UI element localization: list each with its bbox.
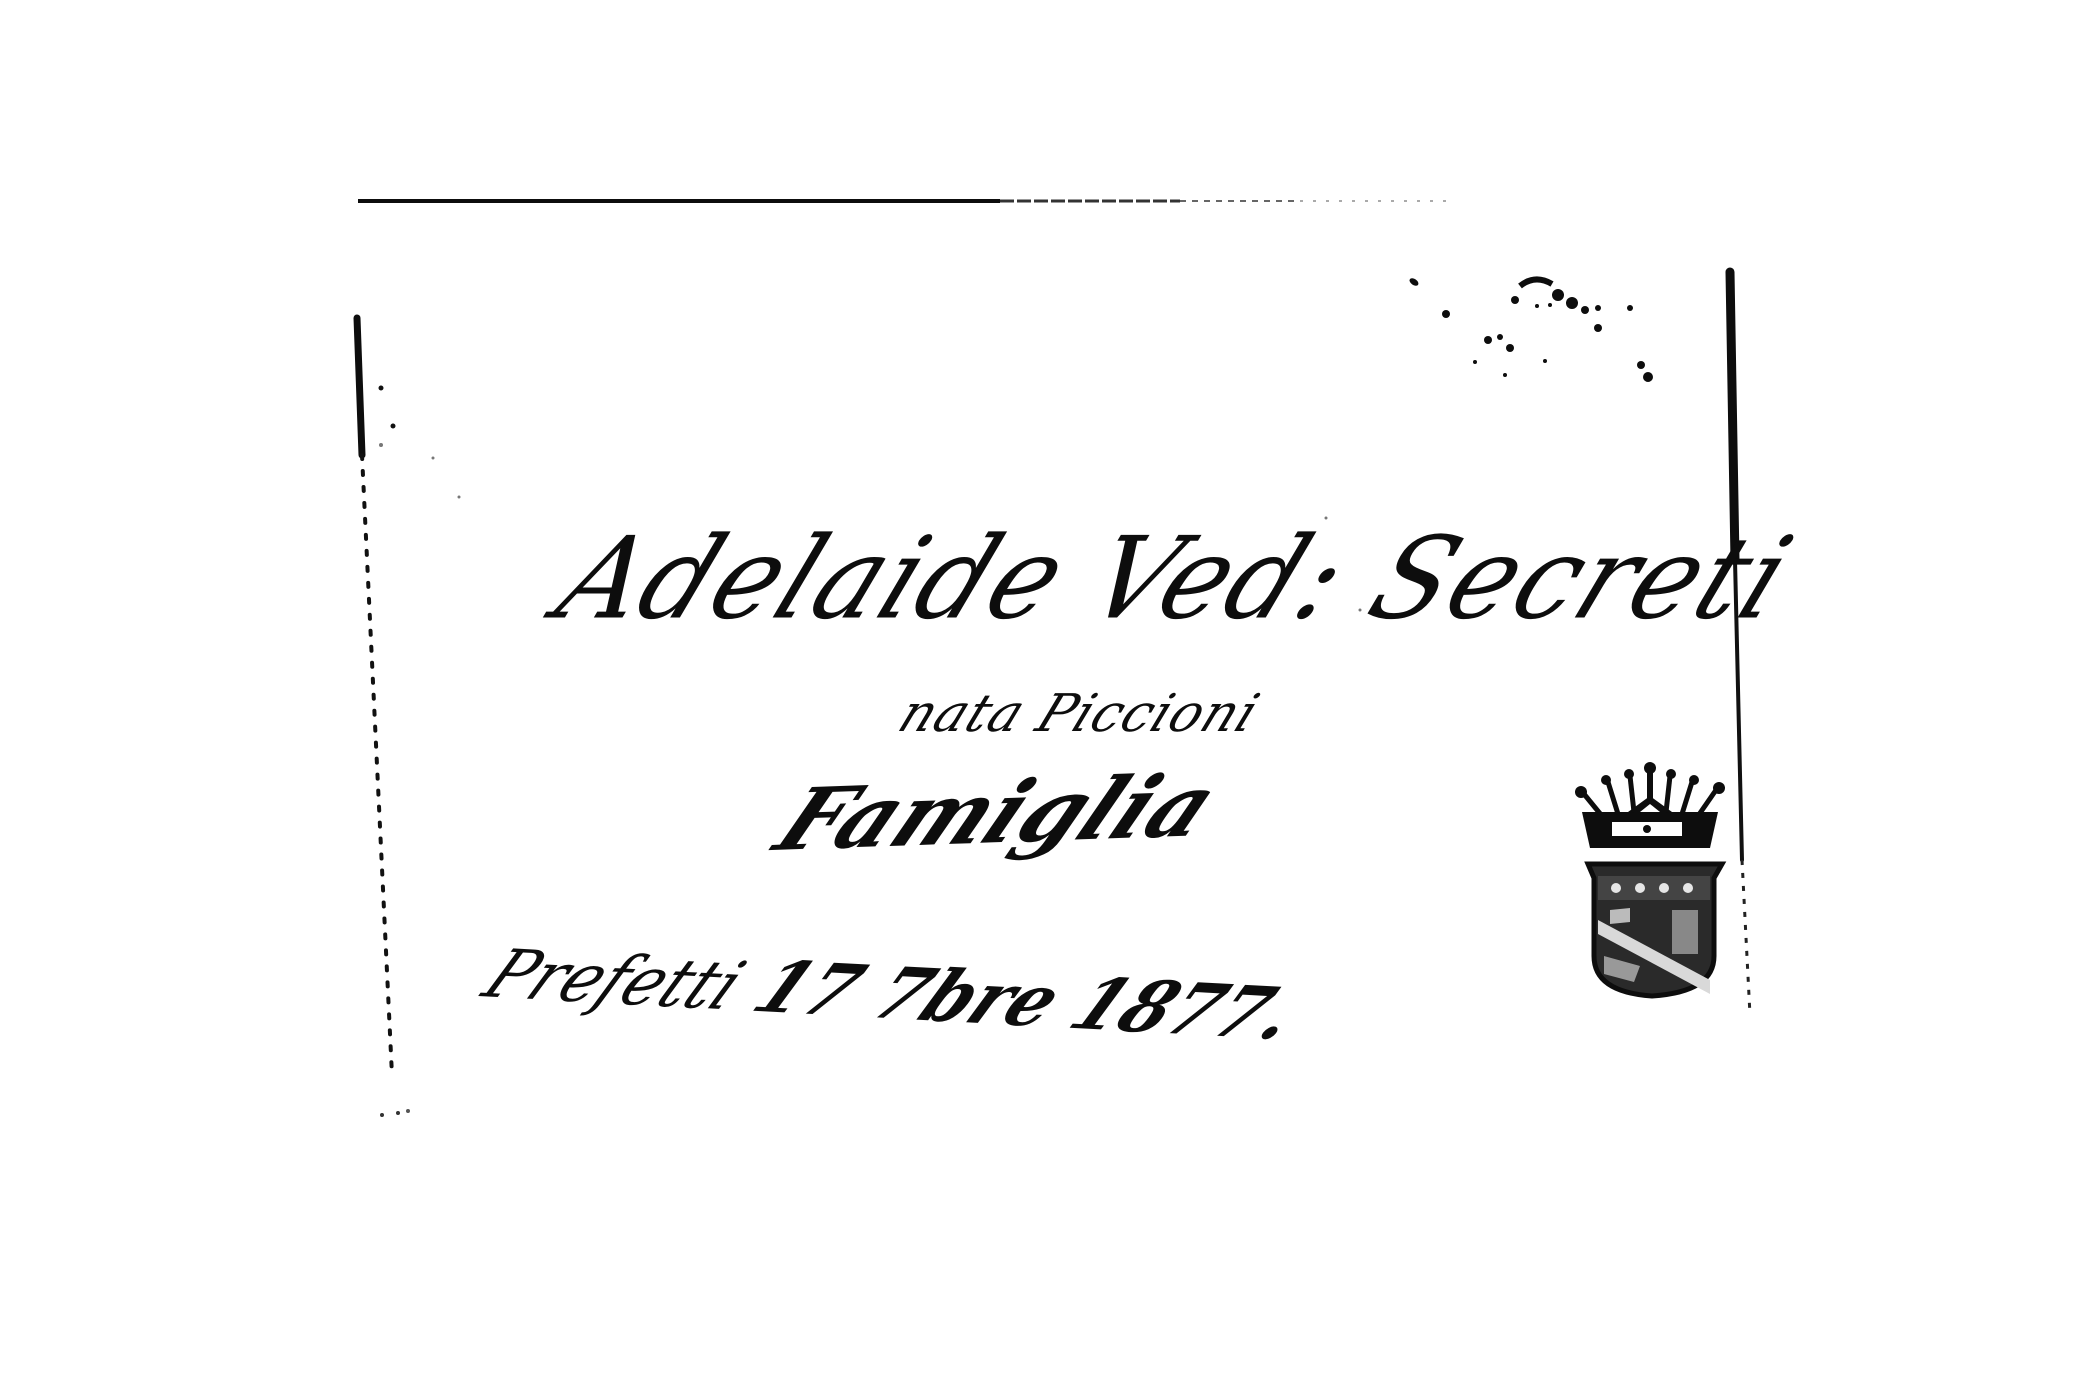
shield-icon	[1588, 864, 1722, 996]
place: Prefetti	[471, 935, 758, 1025]
crown-icon	[1575, 762, 1725, 848]
widow-title: Ved:	[1070, 514, 1369, 645]
first-name: Adelaide	[540, 514, 1087, 645]
surname: Secreti	[1352, 514, 1811, 645]
handwritten-salutation: Famiglia	[760, 756, 1235, 871]
coat-of-arms-icon	[1560, 760, 1740, 1000]
maiden-name: nata Piccioni	[890, 684, 1268, 744]
printed-name: Adelaide Ved: Secreti	[540, 514, 1811, 645]
left-border	[357, 318, 410, 1117]
ink-speckles	[1408, 277, 1653, 382]
